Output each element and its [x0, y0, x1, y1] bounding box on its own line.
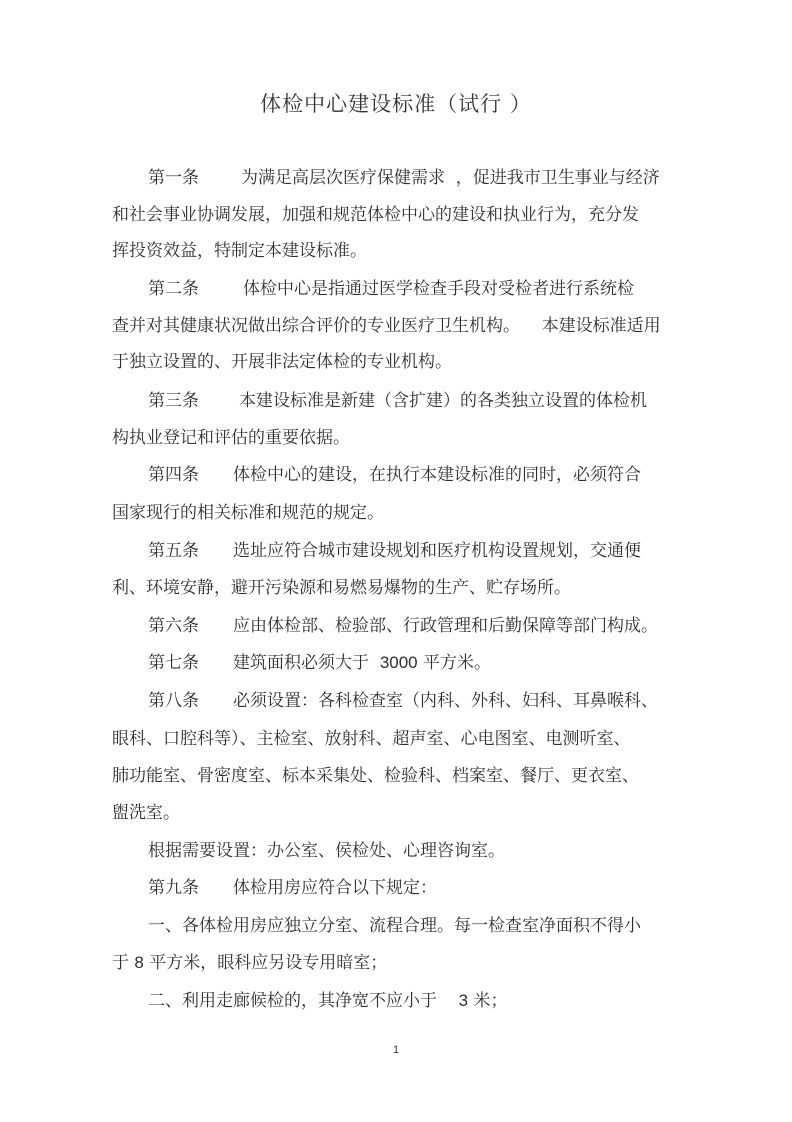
- article-5-line-2: 利、环境安静，避开污染源和易燃易爆物的生产、贮存场所。: [112, 576, 571, 600]
- article-text: 平方米。: [418, 653, 491, 673]
- room-area-value: 8: [134, 953, 143, 972]
- article-2-line-3: 于独立设置的、开展非法定体检的专业机构。: [112, 350, 452, 374]
- article-5-line-1: 第五条选址应符合城市建设规划和医疗机构设置规划，交通便: [148, 539, 641, 563]
- article-9-clause-1-line-2: 于 8 平方米，眼科应另设专用暗室；: [112, 951, 387, 975]
- article-4-line-1: 第四条体检中心的建设，在执行本建设标准的同时，必须符合: [148, 463, 641, 487]
- optional-setup-line: 根据需要设置：办公室、侯检处、心理咨询室。: [148, 839, 505, 863]
- article-text: 体检用房应符合以下规定：: [233, 878, 437, 898]
- article-label: 第五条: [148, 541, 199, 561]
- article-2-line-1: 第二条体检中心是指通过医学检查手段对受检者进行系统检: [148, 277, 634, 301]
- article-2-line-2: 查并对其健康状况做出综合评价的专业医疗卫生机构。 本建设标准适用: [112, 314, 661, 338]
- article-8-line-3: 肺功能室、骨密度室、标本采集处、检验科、档案室、餐厅、更衣室、: [112, 764, 639, 788]
- article-label: 第七条: [148, 653, 199, 673]
- article-1-line-3: 挥投资效益，特制定本建设标准。: [112, 239, 367, 263]
- article-text: 为满足高层次医疗保健需求 ，促进我市卫生事业与经济: [241, 168, 660, 188]
- article-label: 第二条: [148, 279, 199, 299]
- area-value: 3000: [380, 653, 418, 672]
- article-text: 本建设标准是新建（含扩建）的各类独立设置的体检机: [239, 391, 647, 411]
- article-text: 二、利用走廊候检的，其净宽不应小于: [148, 991, 459, 1011]
- article-label: 第六条: [148, 616, 199, 636]
- article-label: 第一条: [148, 168, 199, 188]
- article-1-line-2: 和社会事业协调发展，加强和规范体检中心的建设和执业行为，充分发: [112, 203, 639, 227]
- document-title: 体检中心建设标准（试行 ）: [0, 88, 792, 118]
- corridor-width-value: 3: [459, 991, 468, 1010]
- article-9-clause-2-line-1: 二、利用走廊候检的，其净宽不应小于 3 米；: [148, 989, 508, 1013]
- document-page: 体检中心建设标准（试行 ） 第一条为满足高层次医疗保健需求 ，促进我市卫生事业与…: [0, 0, 792, 1122]
- page-number: 1: [0, 1044, 792, 1056]
- article-text: 平方米，眼科应另设专用暗室；: [144, 953, 387, 973]
- article-8-line-4: 盥洗室。: [112, 801, 180, 825]
- article-label: 第八条: [148, 691, 199, 711]
- article-text: 建筑面积必须大于: [233, 653, 380, 673]
- article-3-line-1: 第三条本建设标准是新建（含扩建）的各类独立设置的体检机: [148, 389, 647, 413]
- article-1-line-1: 第一条为满足高层次医疗保健需求 ，促进我市卫生事业与经济: [148, 166, 660, 190]
- article-7-line-1: 第七条建筑面积必须大于 3000 平方米。: [148, 651, 491, 675]
- article-text: 米；: [468, 991, 507, 1011]
- article-label: 第九条: [148, 878, 199, 898]
- article-6-line-1: 第六条应由体检部、检验部、行政管理和后勤保障等部门构成。: [148, 614, 658, 638]
- article-text: 体检中心是指通过医学检查手段对受检者进行系统检: [243, 279, 634, 299]
- article-3-line-2: 构执业登记和评估的重要依据。: [112, 426, 350, 450]
- article-9-line-1: 第九条体检用房应符合以下规定：: [148, 876, 437, 900]
- article-label: 第四条: [148, 465, 199, 485]
- article-text: 必须设置：各科检查室（内科、外科、妇科、耳鼻喉科、: [233, 691, 658, 711]
- article-4-line-2: 国家现行的相关标准和规范的规定。: [112, 501, 384, 525]
- article-text: 选址应符合城市建设规划和医疗机构设置规划，交通便: [233, 541, 641, 561]
- article-8-line-2: 眼科、口腔科等）、主检室、放射科、超声室、心电图室、电测听室、: [112, 727, 631, 751]
- article-text: 于: [112, 953, 134, 973]
- article-label: 第三条: [148, 391, 199, 411]
- article-text: 应由体检部、检验部、行政管理和后勤保障等部门构成。: [233, 616, 658, 636]
- article-text: 体检中心的建设，在执行本建设标准的同时，必须符合: [233, 465, 641, 485]
- article-9-clause-1-line-1: 一、各体检用房应独立分室、流程合理。每一检查室净面积不得小: [148, 914, 641, 938]
- article-8-line-1: 第八条必须设置：各科检查室（内科、外科、妇科、耳鼻喉科、: [148, 689, 658, 713]
